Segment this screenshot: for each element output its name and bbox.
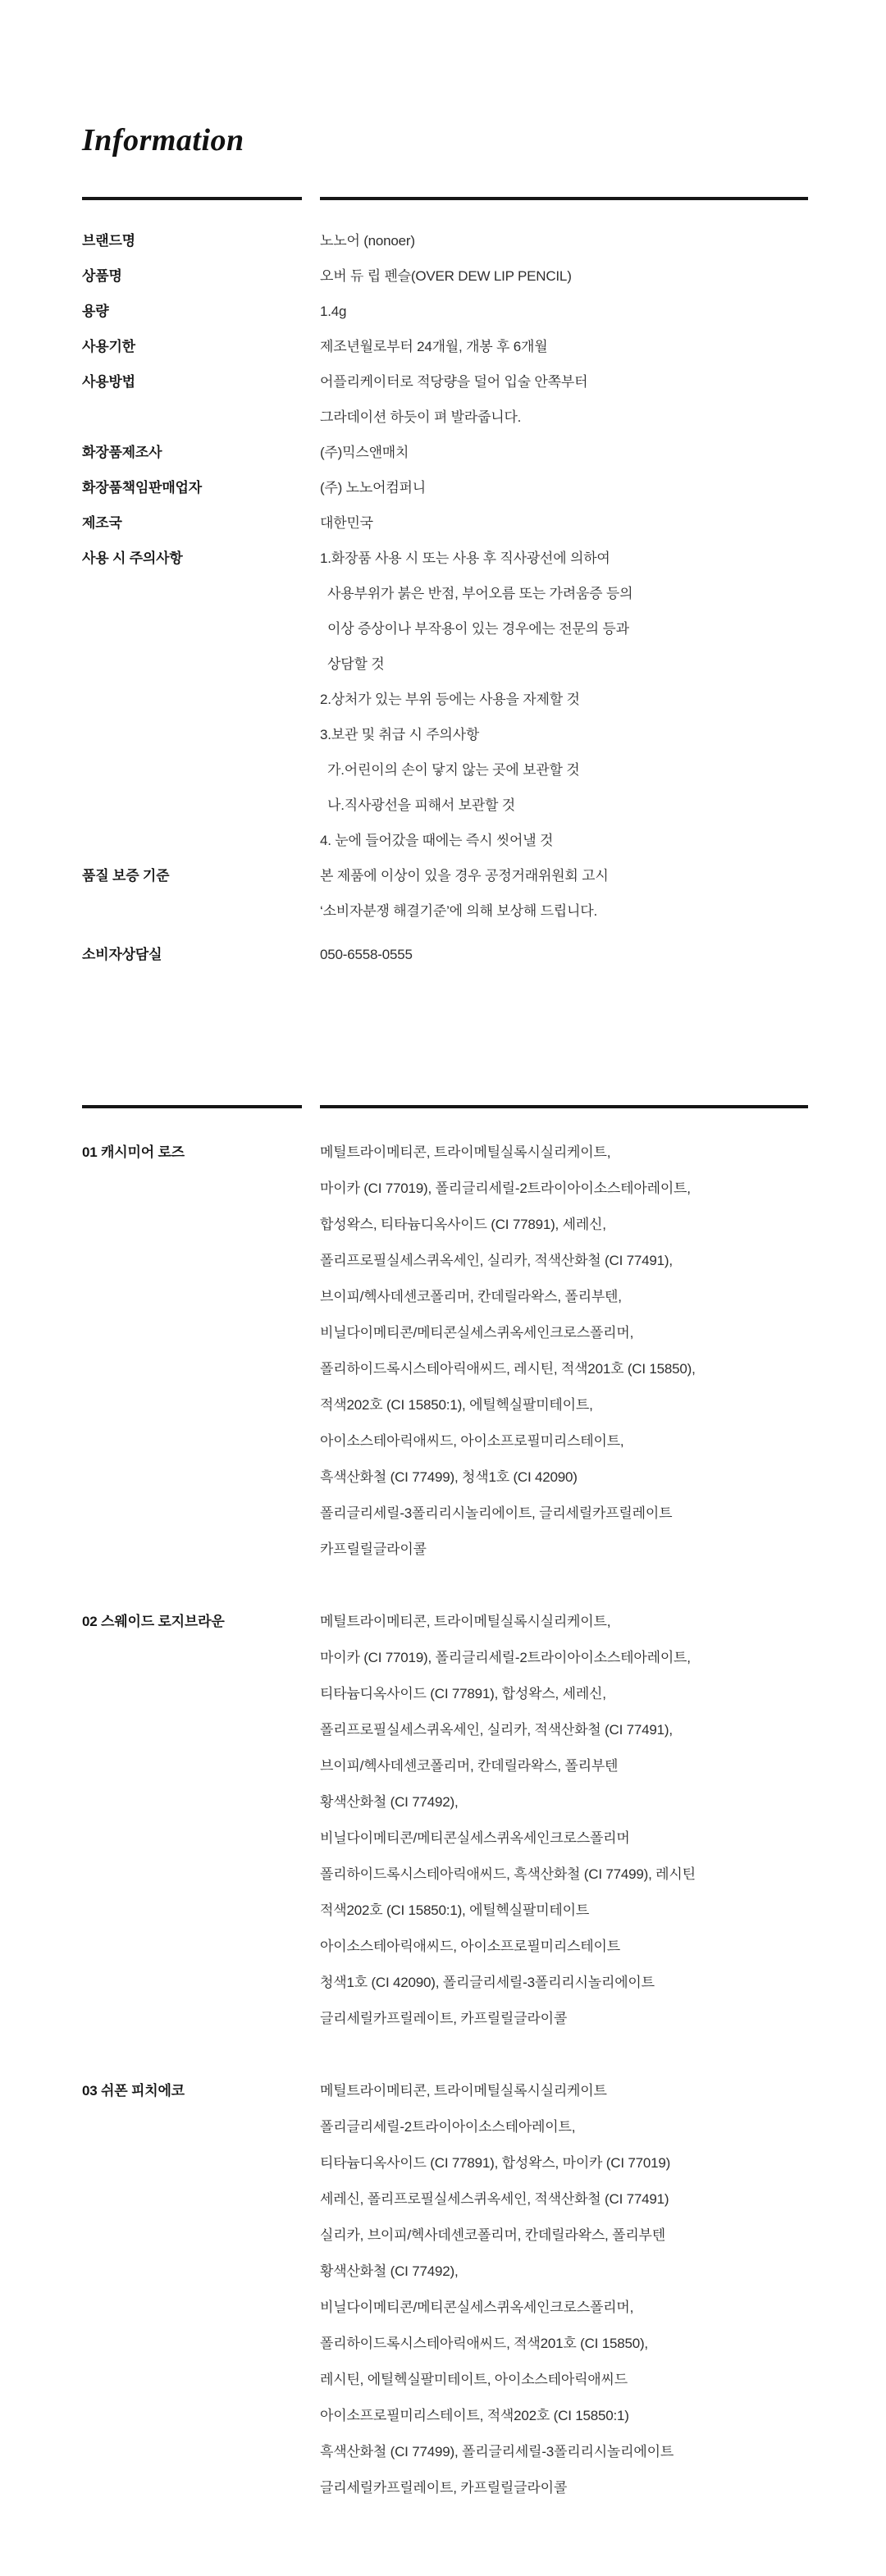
value-line: 카프릴릴글라이콜 <box>320 1532 808 1568</box>
info-row-label: 사용 시 주의사항 <box>82 541 320 858</box>
shade-ingredient-lines: 메틸트라이메티콘, 트라이메틸실록시실리케이트,마이카 (CI 77019), … <box>320 1135 808 1568</box>
value-line: 이상 증상이나 부작용이 있는 경우에는 전문의 등과 <box>320 611 808 646</box>
value-line: 티타늄디옥사이드 (CI 77891), 합성왁스, 마이카 (CI 77019… <box>320 2145 808 2181</box>
value-line: 폴리글리세릴-2트라이아이소스테아레이트, <box>320 2109 808 2145</box>
value-line: 050-6558-0555 <box>320 937 808 972</box>
info-row: 상품명 오버 듀 립 펜슬(OVER DEW LIP PENCIL) <box>82 258 808 294</box>
value-line: 레시틴, 에틸헥실팔미테이트, 아이소스테아릭애씨드 <box>320 2362 808 2398</box>
value-line: 아이소스테아릭애씨드, 아이소프로필미리스테이트 <box>320 1929 808 1965</box>
info-table: 브랜드명 노노어 (nonoer) 상품명 오버 듀 립 펜슬(OVER DEW… <box>82 200 808 972</box>
value-line: 세레신, 폴리프로필실세스퀴옥세인, 적색산화철 (CI 77491) <box>320 2181 808 2217</box>
info-row-value: 1.화장품 사용 시 또는 사용 후 직사광선에 의하여 사용부위가 붉은 반점… <box>320 541 808 858</box>
value-line: 1.4g <box>320 294 808 329</box>
value-line: 메틸트라이메티콘, 트라이메틸실록시실리케이트, <box>320 1604 808 1640</box>
info-row: 품질 보증 기준 본 제품에 이상이 있을 경우 공정거래위원회 고시‘소비자분… <box>82 858 808 929</box>
value-line: 흑색산화철 (CI 77499), 청색1호 (CI 42090) <box>320 1459 808 1496</box>
page-title: Information <box>82 121 808 159</box>
value-line: 적색202호 (CI 15850:1), 에틸헥실팔미테이트 <box>320 1893 808 1929</box>
value-line: 글리세릴카프릴레이트, 카프릴릴글라이콜 <box>320 2470 808 2506</box>
value-line: 4. 눈에 들어갔을 때에는 즉시 씻어낼 것 <box>320 823 808 858</box>
shade-name: 01 캐시미어 로즈 <box>82 1135 320 1568</box>
info-row: 소비자상담실 050-6558-0555 <box>82 937 808 972</box>
value-line: 1.화장품 사용 시 또는 사용 후 직사광선에 의하여 <box>320 541 808 576</box>
info-row-value: 노노어 (nonoer) <box>320 223 808 258</box>
value-line: 폴리글리세릴-3폴리리시놀리에이트, 글리세릴카프릴레이트 <box>320 1496 808 1532</box>
value-line: 폴리하이드록시스테아릭애씨드, 레시틴, 적색201호 (CI 15850), <box>320 1351 808 1387</box>
info-row-label: 용량 <box>82 294 320 329</box>
info-row-label: 사용기한 <box>82 329 320 364</box>
info-row: 화장품책임판매업자 (주) 노노어컴퍼니 <box>82 470 808 505</box>
shade-ingredient-lines: 메틸트라이메티콘, 트라이메틸실록시실리케이트,마이카 (CI 77019), … <box>320 1604 808 2037</box>
info-row: 사용방법 어플리케이터로 적당량을 덜어 입술 안쪽부터그라데이션 하듯이 펴 … <box>82 364 808 435</box>
divider-right-segment <box>320 197 808 200</box>
value-line: 마이카 (CI 77019), 폴리글리세릴-2트라이아이소스테아레이트, <box>320 1640 808 1676</box>
info-row-label: 제조국 <box>82 505 320 541</box>
value-line: 폴리프로필실세스퀴옥세인, 실리카, 적색산화철 (CI 77491), <box>320 1712 808 1748</box>
info-row: 화장품제조사 (주)믹스앤매치 <box>82 435 808 470</box>
value-line: 적색202호 (CI 15850:1), 에틸헥실팔미테이트, <box>320 1387 808 1423</box>
info-row-label: 브랜드명 <box>82 223 320 258</box>
info-row-value: 제조년월로부터 24개월, 개봉 후 6개월 <box>320 329 808 364</box>
value-line: 나.직사광선을 피해서 보관할 것 <box>320 788 808 823</box>
value-line: 티타늄디옥사이드 (CI 77891), 합성왁스, 세레신, <box>320 1676 808 1712</box>
value-line: 청색1호 (CI 42090), 폴리글리세릴-3폴리리시놀리에이트 <box>320 1965 808 2001</box>
value-line: 폴리하이드록시스테아릭애씨드, 흑색산화철 (CI 77499), 레시틴 <box>320 1857 808 1893</box>
shade-name: 02 스웨이드 로지브라운 <box>82 1604 320 2037</box>
info-row-value: 1.4g <box>320 294 808 329</box>
info-row-value: 오버 듀 립 펜슬(OVER DEW LIP PENCIL) <box>320 258 808 294</box>
value-line: 아이소프로필미리스테이트, 적색202호 (CI 15850:1) <box>320 2398 808 2434</box>
info-row-label: 소비자상담실 <box>82 937 320 972</box>
info-row-value: 어플리케이터로 적당량을 덜어 입술 안쪽부터그라데이션 하듯이 펴 발라줍니다… <box>320 364 808 435</box>
value-line: (주) 노노어컴퍼니 <box>320 470 808 505</box>
value-line: 상담할 것 <box>320 646 808 682</box>
section-divider <box>82 197 808 200</box>
info-section: 브랜드명 노노어 (nonoer) 상품명 오버 듀 립 펜슬(OVER DEW… <box>82 197 808 972</box>
info-row: 제조국 대한민국 <box>82 505 808 541</box>
value-line: 마이카 (CI 77019), 폴리글리세릴-2트라이아이소스테아레이트, <box>320 1171 808 1207</box>
info-row-value: 050-6558-0555 <box>320 937 808 972</box>
value-line: 메틸트라이메티콘, 트라이메틸실록시실리케이트 <box>320 2073 808 2109</box>
info-row-label: 사용방법 <box>82 364 320 435</box>
shade-list: 01 캐시미어 로즈 메틸트라이메티콘, 트라이메틸실록시실리케이트,마이카 (… <box>82 1108 808 2506</box>
info-row-value: 대한민국 <box>320 505 808 541</box>
shade-name: 03 쉬폰 피치에코 <box>82 2073 320 2506</box>
value-line: 폴리하이드록시스테아릭애씨드, 적색201호 (CI 15850), <box>320 2326 808 2362</box>
value-line: 브이피/헥사데센코폴리머, 칸데릴라왁스, 폴리부텐 <box>320 1748 808 1784</box>
section-divider <box>82 1105 808 1108</box>
info-row: 용량 1.4g <box>82 294 808 329</box>
value-line: 어플리케이터로 적당량을 덜어 입술 안쪽부터 <box>320 364 808 400</box>
info-row-label: 상품명 <box>82 258 320 294</box>
value-line: 대한민국 <box>320 505 808 541</box>
info-row-label: 품질 보증 기준 <box>82 858 320 929</box>
value-line: ‘소비자분쟁 해결기준’에 의해 보상해 드립니다. <box>320 893 808 929</box>
value-line: 3.보관 및 취급 시 주의사항 <box>320 717 808 752</box>
value-line: 비닐다이메티콘/메티콘실세스퀴옥세인크로스폴리머 <box>320 1820 808 1857</box>
shade-ingredients-section: 01 캐시미어 로즈 메틸트라이메티콘, 트라이메틸실록시실리케이트,마이카 (… <box>82 1105 808 2506</box>
value-line: 가.어린이의 손이 닿지 않는 곳에 보관할 것 <box>320 752 808 788</box>
value-line: 오버 듀 립 펜슬(OVER DEW LIP PENCIL) <box>320 258 808 294</box>
info-row-value: (주)믹스앤매치 <box>320 435 808 470</box>
value-line: 비닐다이메티콘/메티콘실세스퀴옥세인크로스폴리머, <box>320 1315 808 1351</box>
value-line: 황색산화철 (CI 77492), <box>320 1784 808 1820</box>
value-line: (주)믹스앤매치 <box>320 435 808 470</box>
divider-right-segment <box>320 1105 808 1108</box>
value-line: 본 제품에 이상이 있을 경우 공정거래위원회 고시 <box>320 858 808 893</box>
shade-ingredient-lines: 메틸트라이메티콘, 트라이메틸실록시실리케이트폴리글리세릴-2트라이아이소스테아… <box>320 2073 808 2506</box>
value-line: 2.상처가 있는 부위 등에는 사용을 자제할 것 <box>320 682 808 717</box>
value-line: 브이피/헥사데센코폴리머, 칸데릴라왁스, 폴리부텐, <box>320 1279 808 1315</box>
value-line: 황색산화철 (CI 77492), <box>320 2254 808 2290</box>
value-line: 폴리프로필실세스퀴옥세인, 실리카, 적색산화철 (CI 77491), <box>320 1243 808 1279</box>
divider-left-segment <box>82 1105 302 1108</box>
product-information-page: Information 브랜드명 노노어 (nonoer) 상품명 오버 듀 립… <box>0 121 886 2506</box>
shade-section: 01 캐시미어 로즈 메틸트라이메티콘, 트라이메틸실록시실리케이트,마이카 (… <box>82 1135 808 1568</box>
value-line: 그라데이션 하듯이 펴 발라줍니다. <box>320 400 808 435</box>
value-line: 아이소스테아릭애씨드, 아이소프로필미리스테이트, <box>320 1423 808 1459</box>
divider-left-segment <box>82 197 302 200</box>
value-line: 실리카, 브이피/헥사데센코폴리머, 칸데릴라왁스, 폴리부텐 <box>320 2217 808 2254</box>
info-row-value: (주) 노노어컴퍼니 <box>320 470 808 505</box>
value-line: 사용부위가 붉은 반점, 부어오름 또는 가려움증 등의 <box>320 576 808 611</box>
shade-section: 03 쉬폰 피치에코 메틸트라이메티콘, 트라이메틸실록시실리케이트폴리글리세릴… <box>82 2073 808 2506</box>
value-line: 흑색산화철 (CI 77499), 폴리글리세릴-3폴리리시놀리에이트 <box>320 2434 808 2470</box>
value-line: 노노어 (nonoer) <box>320 223 808 258</box>
value-line: 메틸트라이메티콘, 트라이메틸실록시실리케이트, <box>320 1135 808 1171</box>
value-line: 합성왁스, 티타늄디옥사이드 (CI 77891), 세레신, <box>320 1207 808 1243</box>
shade-section: 02 스웨이드 로지브라운 메틸트라이메티콘, 트라이메틸실록시실리케이트,마이… <box>82 1604 808 2037</box>
info-row: 브랜드명 노노어 (nonoer) <box>82 223 808 258</box>
value-line: 제조년월로부터 24개월, 개봉 후 6개월 <box>320 329 808 364</box>
value-line: 글리세릴카프릴레이트, 카프릴릴글라이콜 <box>320 2001 808 2037</box>
info-row-label: 화장품책임판매업자 <box>82 470 320 505</box>
info-row-value: 본 제품에 이상이 있을 경우 공정거래위원회 고시‘소비자분쟁 해결기준’에 … <box>320 858 808 929</box>
info-row: 사용 시 주의사항 1.화장품 사용 시 또는 사용 후 직사광선에 의하여 사… <box>82 541 808 858</box>
value-line: 비닐다이메티콘/메티콘실세스퀴옥세인크로스폴리머, <box>320 2290 808 2326</box>
info-row: 사용기한 제조년월로부터 24개월, 개봉 후 6개월 <box>82 329 808 364</box>
info-row-label: 화장품제조사 <box>82 435 320 470</box>
